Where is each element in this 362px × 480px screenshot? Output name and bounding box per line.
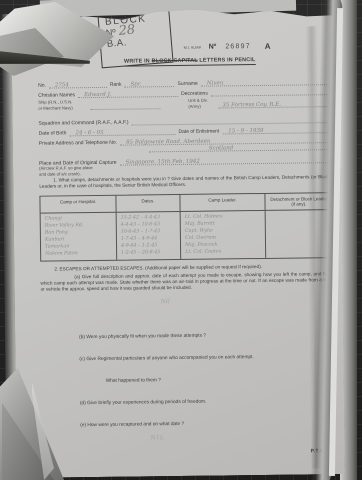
address-label: Private Address and Telephone No. [39, 140, 117, 147]
question-2e: (e) How were you recaptured and on what … [80, 422, 184, 428]
surname-value: Niven [207, 80, 224, 86]
unit-value: 35 Fortress Coy. R.E. [222, 102, 281, 109]
rank-value: Spr. [130, 81, 141, 87]
address-value-2: Scotland [209, 145, 234, 151]
rank-label: Rank [110, 82, 122, 88]
decorations-label: Decorations [181, 91, 208, 97]
dates-entry: 1-2-45 – 20-8-45 [121, 249, 176, 257]
address-line-2: Scotland [149, 141, 331, 152]
ship-line [90, 100, 160, 110]
question-2b: (b) Were you physically fit when you mad… [79, 334, 206, 341]
dob-label: Date of Birth [39, 130, 67, 136]
question-2c: (c) Give Regimental particulars of anyon… [79, 355, 253, 362]
christian-value: Edward J. [84, 92, 111, 98]
dob-line: 24 - 6 - 05 [69, 126, 175, 136]
enlist-value: 15 - 9 - 1939 [228, 128, 263, 134]
question-1: 1. What camps, detachments or hospitals … [39, 174, 331, 189]
ref-no-value: 26897 [225, 44, 251, 50]
rank-line: Spr. [124, 78, 174, 88]
enlist-line: 15 - 9 - 1939 [222, 124, 327, 134]
reference-number: M.I. 9/JAP. Nº 26897 A [184, 44, 271, 51]
capture-sub-label: (Aircrew R.A.F. so give placeand date of… [39, 165, 93, 178]
ship-label: Ship (R.N., U.S.N.or Merchant Navy) [38, 99, 73, 111]
enlist-label: Date of Enlistment [178, 128, 219, 134]
camp-table: Camp or Hospital. Dates. Camp Leader. De… [39, 192, 334, 262]
capture-line: Singapore. 15th Feb. 1942 [119, 154, 328, 166]
decorations-line [211, 86, 327, 96]
photo-of-document: { "photo": { "paper_color": "#c6c6c4", "… [0, 0, 362, 480]
leader-entry: Lt. Col. Coates [185, 248, 261, 256]
camp-entry: Nakom Paton [45, 250, 112, 258]
dates-column-entries: 15-2-42 – 4-4-43 4-4-43 – 10-6-43 10-6-4… [117, 212, 182, 260]
no-line: 2754 [49, 79, 107, 89]
col-header-leader: Camp Leader. [181, 194, 266, 212]
leader-column-entries: Lt. Col. Holmes Maj. Barrett Capt. Wylie… [181, 211, 266, 259]
ref-suffix: A [265, 44, 271, 50]
question-2d: (d) Give briefly your experiences during… [80, 400, 206, 407]
pencil-nil-answer-2: NIL [150, 434, 165, 441]
surname-label: Surname [177, 81, 197, 87]
col-header-dates: Dates. [116, 195, 180, 213]
stamp-no-value-handwritten: 28 [118, 26, 135, 37]
christian-line: Edward J. [78, 88, 178, 98]
question-2a: (a) Give full description and approx. da… [40, 271, 332, 292]
capture-value: Singapore. 15th Feb. 1942 [126, 159, 200, 166]
unit-line: 35 Fortress Coy. R.E. [218, 98, 330, 108]
ref-no-label: Nº [209, 45, 217, 51]
pencil-nil-answer: Nil [161, 298, 170, 305]
christian-label: Christian Names [38, 92, 75, 98]
no-value: 2754 [55, 82, 69, 88]
dob-value: 24 - 6 - 05 [75, 130, 103, 136]
ref-department: M.I. 9/JAP. [184, 45, 202, 51]
squadron-label: Squadron and Command (R.A.F., A.A.F.) [38, 120, 128, 127]
camp-column-entries: Changi River Valley Rd. Ban Pong Kanburi… [41, 213, 117, 261]
document-page: G CONFIDENTIAL BLOCK Nº 28 B.A. M.I. 9/J… [11, 8, 345, 478]
question-2c-followup: What happened to them ? [106, 378, 161, 384]
unit-label: Unit & Div.(Army) [188, 98, 208, 110]
no-label: No. [38, 83, 46, 89]
surname-line: Niven [201, 76, 327, 87]
col-header-camp: Camp or Hospital. [40, 196, 116, 214]
